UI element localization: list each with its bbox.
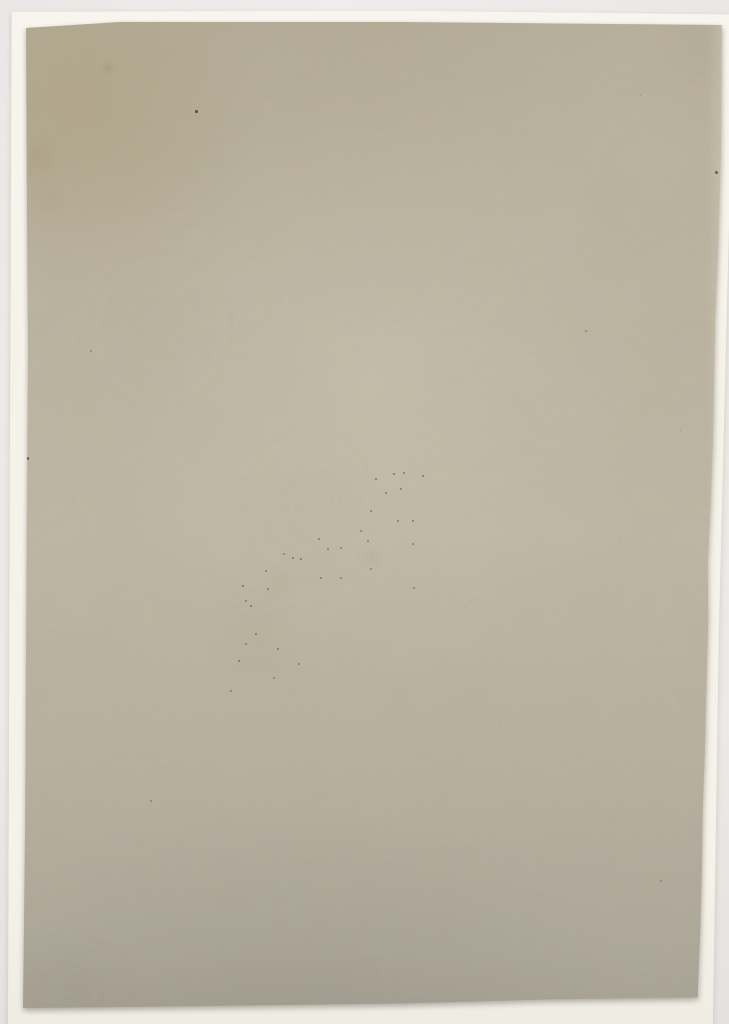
paper-sheet-shadow [0,0,729,1024]
speck [255,633,257,635]
speck [245,643,247,645]
speck [150,800,152,802]
speck [585,330,587,332]
speck [545,475,546,476]
speck [277,648,279,650]
fox-stain [23,133,57,183]
speck [422,475,424,477]
speck [26,457,29,460]
blank-paper-sheet [0,0,729,1024]
fox-stain [101,63,115,73]
speck [478,262,479,263]
speck [620,540,621,541]
speck [340,577,342,579]
speck [430,850,431,851]
speck [660,880,662,882]
speck [400,488,402,490]
paper-grain-texture [0,0,729,1024]
speck [500,720,501,721]
speck [393,473,395,475]
speck [238,660,240,662]
speck [292,557,294,559]
fox-stain [90,240,230,420]
fox-stain [265,571,295,595]
speck [210,650,211,651]
speck [375,478,377,480]
speck [250,605,252,607]
speck [715,171,718,174]
speck [327,548,329,550]
speck [195,110,198,113]
speck [265,570,267,572]
speck [298,663,300,665]
fox-stain [215,596,299,668]
speck [300,558,302,560]
speck [242,585,244,587]
speck [230,690,232,692]
speck [283,553,285,555]
speck [340,547,342,549]
speck [413,587,415,589]
speck [403,472,405,474]
speck [360,530,362,532]
speck [318,538,320,540]
fox-stain [0,945,150,1024]
fox-stain [41,183,63,213]
fox-stain [250,420,370,590]
speck [90,350,92,352]
speck [245,600,247,602]
paper-edge-shading [0,0,729,1024]
speck [273,677,275,679]
speck [397,520,399,522]
photo-scene [0,0,729,1024]
fox-stain [658,15,729,75]
speck [640,95,641,96]
speck [320,577,322,579]
speck [412,520,414,522]
fox-stain [363,549,381,565]
fox-stain [641,394,661,412]
speck [267,588,269,590]
speck [680,430,681,431]
speck [367,540,369,542]
speck [370,568,372,570]
speck [470,600,471,601]
speck [370,510,372,512]
speck [385,492,387,494]
speck [412,543,414,545]
